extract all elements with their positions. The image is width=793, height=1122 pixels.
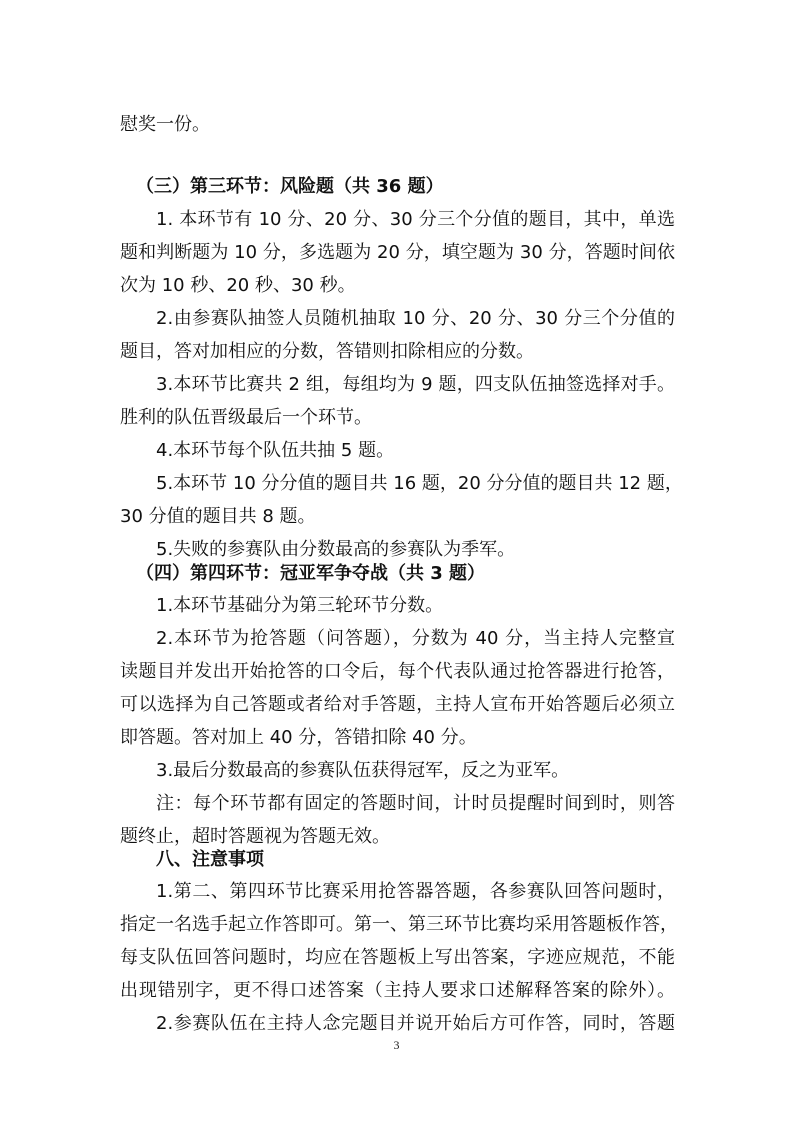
rule-4-2-line-3: 可以选择为自己答题或者给对手答题，主持人宣布开始答题后必须立 — [120, 693, 675, 717]
rule-3-3-line-2: 胜利的队伍晋级最后一个环节。 — [120, 406, 675, 430]
notice-2-line-1: 2.参赛队伍在主持人念完题目并说开始后方可作答，同时，答题 — [156, 1012, 675, 1036]
rule-3-5-line-1: 5.本环节 10 分分值的题目共 16 题，20 分分值的题目共 12 题， — [156, 472, 675, 496]
rule-4-3: 3.最后分数最高的参赛队伍获得冠军，反之为亚军。 — [156, 759, 675, 783]
notice-1-line-2: 指定一名选手起立作答即可。第一、第三环节比赛均采用答题板作答， — [120, 913, 675, 937]
rule-3-1-line-1: 1. 本环节有 10 分、20 分、30 分三个分值的题目，其中，单选 — [156, 208, 675, 232]
paragraph-continuation: 慰奖一份。 — [120, 113, 675, 137]
rule-4-2-line-4: 即答题。答对加上 40 分，答错扣除 40 分。 — [120, 726, 675, 750]
notice-1-line-3: 每支队伍回答问题时，均应在答题板上写出答案，字迹应规范，不能 — [120, 946, 675, 970]
rule-3-5-line-2: 30 分值的题目共 8 题。 — [120, 505, 675, 529]
note-line-2: 题终止，超时答题视为答题无效。 — [120, 825, 675, 849]
notice-1-line-4: 出现错别字，更不得口述答案（主持人要求口述解释答案的除外）。 — [120, 979, 675, 1003]
section-heading-round-four: （四）第四环节：冠亚军争夺战（共 3 题） — [136, 562, 691, 586]
section-heading-round-three: （三）第三环节：风险题（共 36 题） — [136, 175, 691, 199]
rule-3-1-line-3: 次为 10 秒、20 秒、30 秒。 — [120, 274, 675, 298]
rule-3-2-line-1: 2.由参赛队抽签人员随机抽取 10 分、20 分、30 分三个分值的 — [156, 307, 675, 331]
rule-4-2-line-1: 2.本环节为抢答题（问答题），分数为 40 分，当主持人完整宣 — [156, 627, 675, 651]
note-line-1: 注：每个环节都有固定的答题时间，计时员提醒时间到时，则答 — [156, 792, 675, 816]
page-number: 3 — [0, 1038, 793, 1053]
rule-4-2-line-2: 读题目并发出开始抢答的口令后，每个代表队通过抢答器进行抢答， — [120, 660, 675, 684]
rule-3-2-line-2: 题目，答对加相应的分数，答错则扣除相应的分数。 — [120, 340, 675, 364]
rule-3-4: 4.本环节每个队伍共抽 5 题。 — [156, 439, 675, 463]
rule-3-1-line-2: 题和判断题为 10 分，多选题为 20 分，填空题为 30 分，答题时间依 — [120, 241, 675, 265]
rule-4-1: 1.本环节基础分为第三轮环节分数。 — [156, 594, 675, 618]
rule-3-3-line-1: 3.本环节比赛共 2 组，每组均为 9 题，四支队伍抽签选择对手。 — [156, 373, 675, 397]
rule-3-6: 5.失败的参赛队由分数最高的参赛队为季军。 — [156, 538, 675, 562]
section-heading-notes: 八、注意事项 — [156, 848, 675, 872]
notice-1-line-1: 1.第二、第四环节比赛采用抢答器答题，各参赛队回答问题时， — [156, 880, 675, 904]
